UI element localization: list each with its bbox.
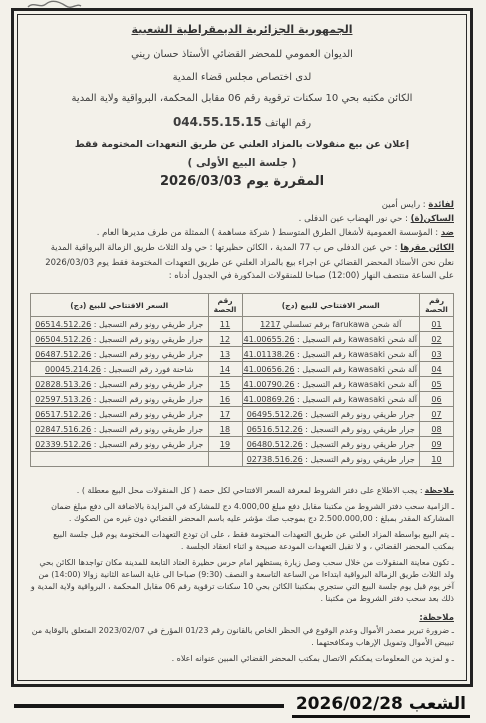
note-line: ـ و لمزيد من المعلومات يمكنكم الاتصال بم… xyxy=(30,653,454,665)
item-description: آلة شحن kawasaki رقم التسجيل : 041.00790… xyxy=(242,377,420,392)
lot-number: 16 xyxy=(208,392,242,407)
item-text: شاحنة فورد رقم التسجيل : xyxy=(104,365,194,374)
document-border-frame: الجمهورية الجزائرية الديمقراطية الشعبية … xyxy=(11,8,473,687)
item-text: جرار طريقي رونو رقم التسجيل : xyxy=(305,410,415,419)
table-row: 05آلة شحن kawasaki رقم التسجيل : 041.007… xyxy=(31,377,454,392)
document-content: الجمهورية الجزائرية الديمقراطية الشعبية … xyxy=(30,23,454,665)
item-description: آلة شحن kawasaki رقم التسجيل : 041.00655… xyxy=(242,332,420,347)
item-description: جرار طريقي رونو رقم التسجيل : 02847.516.… xyxy=(31,422,209,437)
item-text: جرار طريقي رونو رقم التسجيل : xyxy=(94,440,204,449)
phone-line: رقم الهاتف 044.55.15.15 xyxy=(30,115,454,129)
parties-section: لفائدة : رايس أمينالساكن(ة) : حي نور اله… xyxy=(30,199,454,255)
item-description: جرار طريقي رونو رقم التسجيل : 06487.512.… xyxy=(31,347,209,362)
registration-number: 041.00656.26 xyxy=(242,365,295,374)
bailiff-office-line: الديوان العمومي للمحضر القضائي الأستاذ ح… xyxy=(30,49,454,60)
item-description: آلة شحن kawasaki رقم التسجيل : 041.00656… xyxy=(242,362,420,377)
table-row: 03آلة شحن kawasaki رقم التسجيل : 041.011… xyxy=(31,347,454,362)
opening-price-header: السعر الافتتاحي للبيع (دج) xyxy=(31,294,209,317)
lot-number: 05 xyxy=(420,377,454,392)
lot-number: 02 xyxy=(420,332,454,347)
jurisdiction-line: لدى اختصاص مجلس قضاء المدية xyxy=(30,72,454,83)
note-line: ملاحظة: يجب الاطلاع على دفتر الشروط لمعر… xyxy=(30,485,454,497)
party-line: لفائدة : رايس أمين xyxy=(30,199,454,212)
item-text: جرار طريقي رونو رقم التسجيل : xyxy=(94,320,204,329)
item-description: آلة شحن kawasaki رقم التسجيل : 041.00869… xyxy=(242,392,420,407)
note-text: ـ تكون معاينة المنقولات من خلال سحب وصل … xyxy=(31,558,454,603)
item-description: جرار طريقي رونو رقم التسجيل : 06495.512.… xyxy=(242,407,420,422)
item-text: جرار طريقي رونو رقم التسجيل : xyxy=(94,410,204,419)
item-description: جرار طريقي رونو رقم التسجيل : 06516.512.… xyxy=(242,422,420,437)
item-description: جرار طريقي رونو رقم التسجيل : 06504.512.… xyxy=(31,332,209,347)
registration-number: 02847.516.26 xyxy=(35,425,91,434)
table-row: 02آلة شحن kawasaki رقم التسجيل : 041.006… xyxy=(31,332,454,347)
lot-number: 15 xyxy=(208,377,242,392)
registration-number: 041.00655.26 xyxy=(242,335,295,344)
lot-number-header: رقم الحصة xyxy=(420,294,454,317)
item-description: جرار طريقي رونو رقم التسجيل : 02339.512.… xyxy=(31,437,209,452)
lot-number: 01 xyxy=(420,317,454,332)
item-text: آلة شحن kawasaki رقم التسجيل : xyxy=(297,395,417,404)
lot-number: 03 xyxy=(420,347,454,362)
lot-number: 17 xyxy=(208,407,242,422)
item-text: آلة شحن farukawa برقم تسلسلي xyxy=(283,320,401,329)
lot-number: 07 xyxy=(420,407,454,422)
newspaper-name: الشعب xyxy=(409,694,466,714)
second-note-title: ملاحظة: xyxy=(30,613,454,623)
footer-rule xyxy=(14,704,284,708)
party-label: الكائن مقرها xyxy=(400,243,454,253)
lot-number: 11 xyxy=(208,317,242,332)
scheduled-date-line: المقررة يوم 2026/03/03 xyxy=(30,174,454,189)
lot-number: 18 xyxy=(208,422,242,437)
registration-number: 06517.512.26 xyxy=(35,410,91,419)
item-description: آلة شحن farukawa برقم تسلسلي 1217 xyxy=(242,317,420,332)
item-description: جرار طريقي رونو رقم التسجيل : 02828.513.… xyxy=(31,377,209,392)
lot-number: 08 xyxy=(420,422,454,437)
item-description: جرار طريقي رونو رقم التسجيل : 06514.512.… xyxy=(31,317,209,332)
item-text: جرار طريقي رونو رقم التسجيل : xyxy=(305,455,415,464)
opening-price-header: السعر الافتتاحي للبيع (دج) xyxy=(242,294,420,317)
registration-number: 06504.512.26 xyxy=(35,335,91,344)
party-line: الكائن مقرها : حي عين الدفلى ص ب 77 المد… xyxy=(30,242,454,255)
party-line: ضد : المؤسسة العمومية لأشغال الطرق المتو… xyxy=(30,227,454,240)
item-text: جرار طريقي رونو رقم التسجيل : xyxy=(94,335,204,344)
republic-title: الجمهورية الجزائرية الديمقراطية الشعبية xyxy=(30,23,454,36)
session-line: ( جلسة البيع الأولى ) xyxy=(30,157,454,169)
item-text: آلة شحن kawasaki رقم التسجيل : xyxy=(297,350,417,359)
registration-number: 06487.512.26 xyxy=(35,350,91,359)
auction-lots-table: رقم الحصة السعر الافتتاحي للبيع (دج) رقم… xyxy=(30,293,454,467)
registration-number: 06495.512.26 xyxy=(247,410,303,419)
registration-number: 02828.513.26 xyxy=(35,380,91,389)
registration-number: 02597.513.26 xyxy=(35,395,91,404)
party-text: : حي عين الدفلى ص ب 77 المدية ، الكائن ح… xyxy=(51,243,398,253)
table-row: 10جرار طريقي رونو رقم التسجيل : 02738.51… xyxy=(31,452,454,467)
lot-number: 09 xyxy=(420,437,454,452)
table-row: 09جرار طريقي رونو رقم التسجيل : 06480.51… xyxy=(31,437,454,452)
registration-number: 00045.214.26 xyxy=(45,365,101,374)
item-description: شاحنة فورد رقم التسجيل : 00045.214.26 xyxy=(31,362,209,377)
lot-number: 12 xyxy=(208,332,242,347)
note-text: ـ الزامية سحب دفتر الشروط من مكتبنا مقاب… xyxy=(51,502,454,523)
party-text: : رايس أمين xyxy=(382,200,426,210)
lot-number: 19 xyxy=(208,437,242,452)
registration-number: 06514.512.26 xyxy=(35,320,91,329)
newspaper-footer: الشعب2026/02/28 xyxy=(14,692,470,720)
item-text: جرار طريقي رونو رقم التسجيل : xyxy=(94,425,204,434)
note-text: ـ و لمزيد من المعلومات يمكنكم الاتصال بم… xyxy=(172,654,454,663)
note-text: ـ ضرورة تبرير مصدر الأموال وعدم الوقوع ف… xyxy=(32,626,454,647)
registration-number: 06480.512.26 xyxy=(247,440,303,449)
note-text: : يجب الاطلاع على دفتر الشروط لمعرفة الس… xyxy=(77,486,423,495)
lot-number-header: رقم الحصة xyxy=(208,294,242,317)
note-line: ـ ضرورة تبرير مصدر الأموال وعدم الوقوع ف… xyxy=(30,625,454,649)
item-text: آلة شحن kawasaki رقم التسجيل : xyxy=(297,335,417,344)
office-address-line: الكائن مكتبه بحي 10 سكنات ترقوية رقم 06 … xyxy=(30,93,454,104)
registration-number: 041.00869.26 xyxy=(242,395,295,404)
party-text: : حي نور الهضاب عين الدفلى . xyxy=(299,214,408,224)
item-description xyxy=(31,452,209,467)
party-label: ضد xyxy=(441,228,454,238)
party-label: الساكن(ة) xyxy=(411,214,454,224)
table-row: 08جرار طريقي رونو رقم التسجيل : 06516.51… xyxy=(31,422,454,437)
table-row: 01آلة شحن farukawa برقم تسلسلي 121711جرا… xyxy=(31,317,454,332)
newspaper-name-date: الشعب2026/02/28 xyxy=(292,694,470,718)
registration-number: 1217 xyxy=(260,320,280,329)
item-text: جرار طريقي رونو رقم التسجيل : xyxy=(305,440,415,449)
registration-number: 06516.512.26 xyxy=(247,425,303,434)
party-text: : المؤسسة العمومية لأشغال الطرق المتوسط … xyxy=(97,228,438,238)
table-header-row: رقم الحصة السعر الافتتاحي للبيع (دج) رقم… xyxy=(31,294,454,317)
item-text: آلة شحن kawasaki رقم التسجيل : xyxy=(297,365,417,374)
item-text: جرار طريقي رونو رقم التسجيل : xyxy=(94,380,204,389)
announcement-title: إعلان عن بيع منقولات بالمزاد العلني عن ط… xyxy=(30,139,454,150)
item-text: آلة شحن kawasaki رقم التسجيل : xyxy=(297,380,417,389)
item-description: جرار طريقي رونو رقم التسجيل : 06480.512.… xyxy=(242,437,420,452)
registration-number: 02339.512.26 xyxy=(35,440,91,449)
scanned-legal-notice-page: الجمهورية الجزائرية الديمقراطية الشعبية … xyxy=(0,0,486,723)
note-line: ـ يتم البيع بواسطة المزاد العلني عن طريق… xyxy=(30,529,454,553)
note-line: ـ تكون معاينة المنقولات من خلال سحب وصل … xyxy=(30,557,454,605)
note-line: ـ الزامية سحب دفتر الشروط من مكتبنا مقاب… xyxy=(30,501,454,525)
lot-number: 13 xyxy=(208,347,242,362)
registration-number: 041.00790.26 xyxy=(242,380,295,389)
registration-number: 041.01138.26 xyxy=(242,350,295,359)
lot-number xyxy=(208,452,242,467)
lot-number: 14 xyxy=(208,362,242,377)
table-row: 04آلة شحن kawasaki رقم التسجيل : 041.006… xyxy=(31,362,454,377)
publication-date: 2026/02/28 xyxy=(296,694,403,714)
lot-number: 10 xyxy=(420,452,454,467)
notes-section: ملاحظة: يجب الاطلاع على دفتر الشروط لمعر… xyxy=(30,485,454,605)
phone-label: رقم الهاتف xyxy=(265,118,311,129)
registration-number: 02738.516.26 xyxy=(247,455,303,464)
phone-number: 044.55.15.15 xyxy=(173,115,262,129)
item-text: جرار طريقي رونو رقم التسجيل : xyxy=(94,350,204,359)
note-text: ـ يتم البيع بواسطة المزاد العلني عن طريق… xyxy=(53,530,454,551)
intro-paragraph: نعلن نحن الأستاذ المحضر القضائي عن اجراء… xyxy=(30,257,454,283)
item-text: جرار طريقي رونو رقم التسجيل : xyxy=(305,425,415,434)
item-description: آلة شحن kawasaki رقم التسجيل : 041.01138… xyxy=(242,347,420,362)
second-notes-section: ـ ضرورة تبرير مصدر الأموال وعدم الوقوع ف… xyxy=(30,625,454,665)
party-label: لفائدة xyxy=(428,200,454,210)
item-description: جرار طريقي رونو رقم التسجيل : 06517.512.… xyxy=(31,407,209,422)
item-description: جرار طريقي رونو رقم التسجيل : 02738.516.… xyxy=(242,452,420,467)
table-row: 07جرار طريقي رونو رقم التسجيل : 06495.51… xyxy=(31,407,454,422)
document-inner-frame: الجمهورية الجزائرية الديمقراطية الشعبية … xyxy=(17,14,467,681)
note-label: ملاحظة xyxy=(425,486,454,495)
item-description: جرار طريقي رونو رقم التسجيل : 02597.513.… xyxy=(31,392,209,407)
item-text: جرار طريقي رونو رقم التسجيل : xyxy=(94,395,204,404)
party-line: الساكن(ة) : حي نور الهضاب عين الدفلى . xyxy=(30,213,454,226)
lot-number: 04 xyxy=(420,362,454,377)
lot-number: 06 xyxy=(420,392,454,407)
table-row: 06آلة شحن kawasaki رقم التسجيل : 041.008… xyxy=(31,392,454,407)
